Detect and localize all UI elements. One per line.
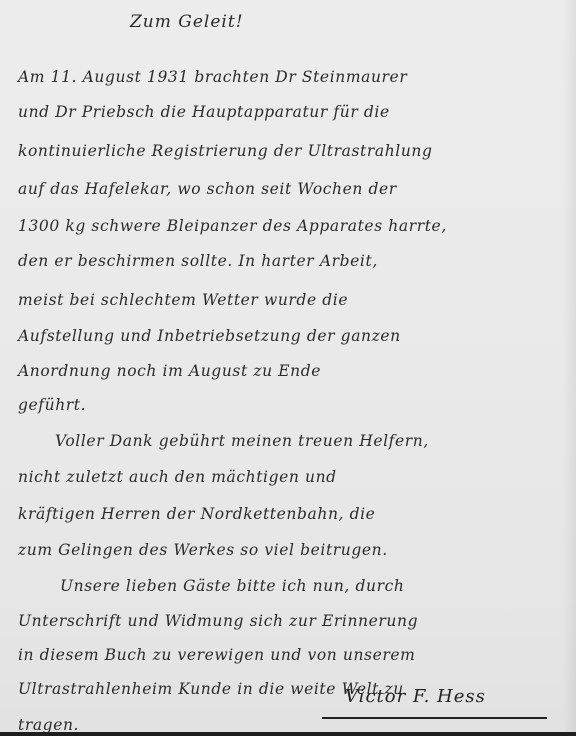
letter-line: Aufstellung und Inbetriebsetzung der gan…: [18, 327, 401, 345]
letter-title: Zum Geleit!: [130, 12, 244, 32]
letter-line: geführt.: [18, 396, 86, 414]
letter-line: auf das Hafelekar, wo schon seit Wochen …: [18, 180, 397, 198]
letter-line: und Dr Priebsch die Hauptapparatur für d…: [18, 103, 390, 121]
letter-page: Zum Geleit! Am 11. August 1931 brachten …: [0, 0, 576, 732]
letter-line: 1300 kg schwere Bleipanzer des Apparates…: [18, 217, 447, 235]
letter-line: in diesem Buch zu verewigen und von unse…: [18, 646, 415, 664]
letter-line: nicht zuletzt auch den mächtigen und: [18, 468, 337, 486]
signature-underline: [322, 717, 547, 719]
signature: Victor F. Hess: [345, 686, 486, 707]
letter-line: zum Gelingen des Werkes so viel beitruge…: [18, 541, 388, 559]
letter-line: Anordnung noch im August zu Ende: [18, 362, 321, 380]
letter-line: kontinuierliche Registrierung der Ultras…: [18, 142, 433, 160]
letter-line: kräftigen Herren der Nordkettenbahn, die: [18, 505, 375, 523]
letter-line: Unterschrift und Widmung sich zur Erinne…: [18, 612, 418, 630]
letter-line: Am 11. August 1931 brachten Dr Steinmaur…: [18, 68, 407, 86]
letter-line: Voller Dank gebührt meinen treuen Helfer…: [55, 432, 429, 450]
letter-line: meist bei schlechtem Wetter wurde die: [18, 291, 348, 309]
letter-line: den er beschirmen sollte. In harter Arbe…: [18, 252, 378, 270]
scan-edge: [0, 732, 576, 736]
letter-line: Unsere lieben Gäste bitte ich nun, durch: [60, 577, 404, 595]
